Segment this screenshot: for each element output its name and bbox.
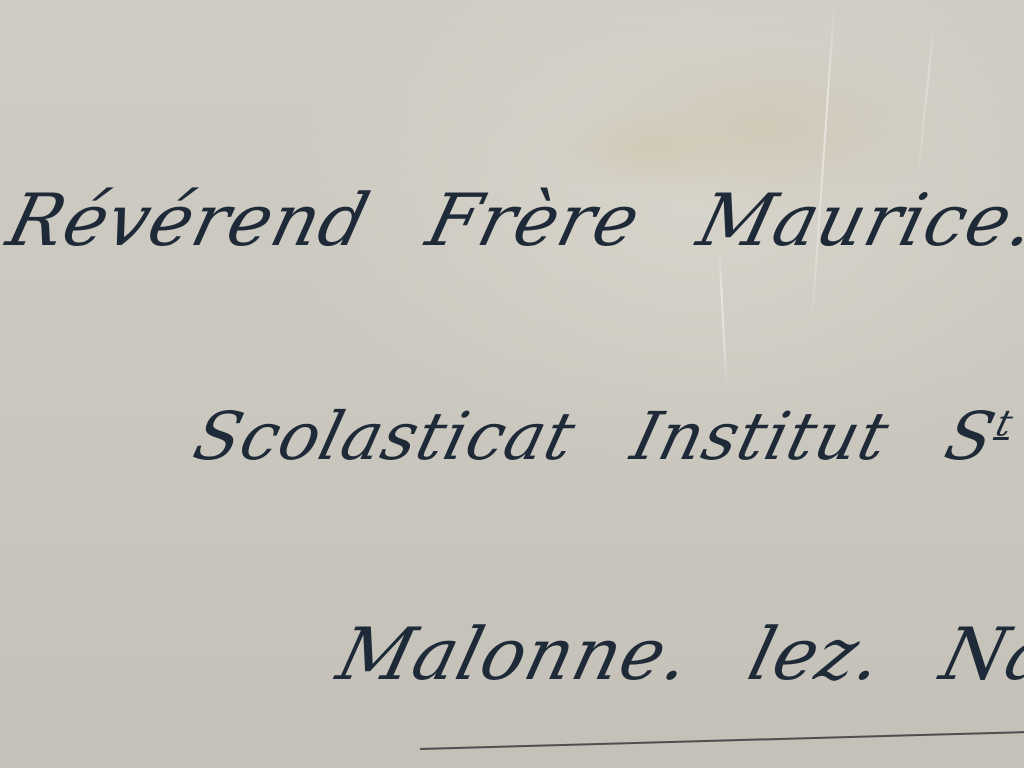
institut-word: Institut (624, 398, 897, 475)
paper-crease (810, 0, 835, 329)
namur-fragment: Nam (933, 612, 1024, 696)
paper-crease (917, 20, 936, 179)
lez-word: lez. (741, 612, 892, 696)
malonne-word: Malonne. (330, 612, 700, 696)
name-word: Maurice. (690, 178, 1024, 262)
paper-crease (718, 250, 727, 390)
addressee-line: Révérend Frère Maurice. (0, 178, 1024, 262)
title-word: Révérend (0, 178, 378, 262)
underline-rule (420, 730, 1024, 750)
brother-word: Frère (419, 178, 649, 262)
saint-abbreviation: St (938, 398, 1019, 475)
aged-paper: Révérend Frère Maurice. Scolasticat Inst… (0, 0, 1024, 768)
scolasticat-word: Scolasticat (186, 398, 583, 475)
locality-line: Malonne. lez. Nam (330, 612, 1024, 696)
institution-line: Scolasticat Institut St D (186, 398, 1024, 475)
